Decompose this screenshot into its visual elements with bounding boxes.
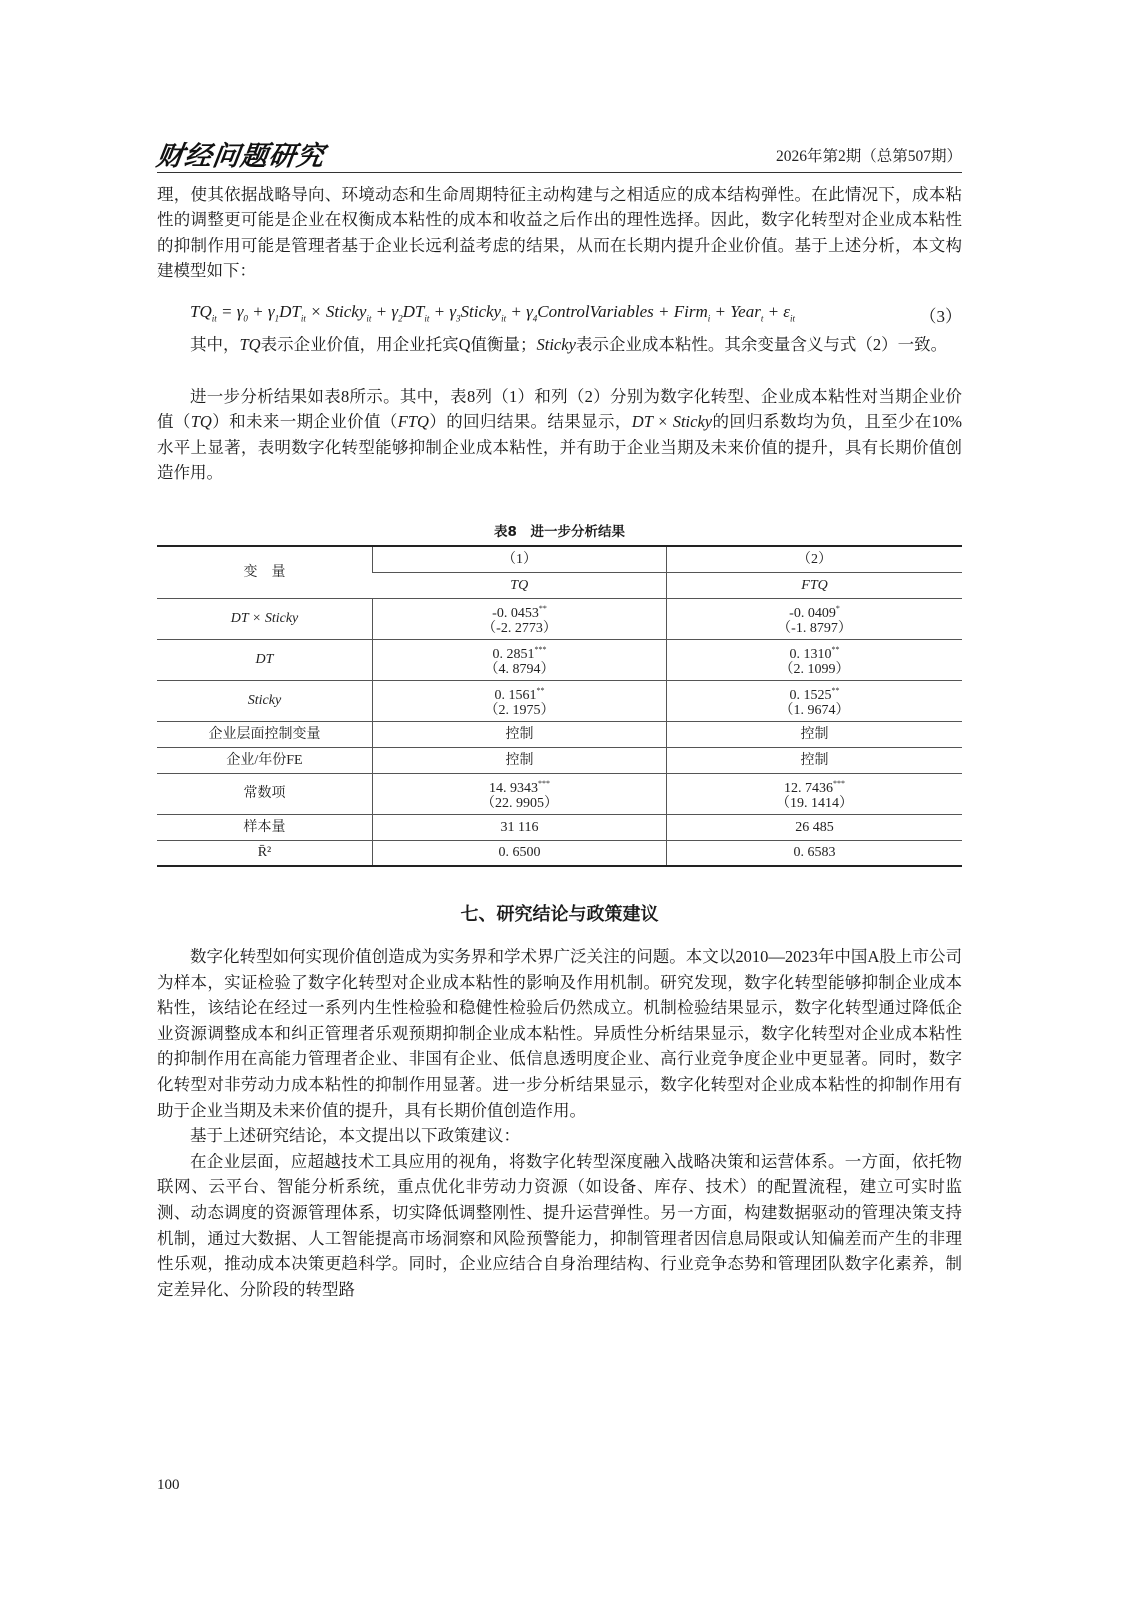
- section-heading: 七、研究结论与政策建议: [157, 900, 962, 926]
- conclusion-paragraph: 数字化转型如何实现价值创造成为实务界和学术界广泛关注的问题。本文以2010—20…: [157, 944, 962, 1123]
- journal-page: 财经问题研究 2026年第2期（总第507期） 理，使其依据战略导向、环境动态和…: [0, 0, 1140, 1600]
- table-row: 企业层面控制变量 控制 控制: [157, 721, 962, 747]
- row-label: 企业层面控制变量: [157, 721, 373, 747]
- col-name-tq: TQ: [373, 572, 667, 598]
- intro-text: 理，使其依据战略导向、环境动态和生命周期特征主动构建与之相适应的成本结构弹性。在…: [157, 182, 962, 284]
- var-ftq: FTQ: [398, 412, 429, 431]
- page-header: 财经问题研究 2026年第2期（总第507期）: [157, 134, 962, 173]
- coef: 0. 1561: [495, 688, 537, 703]
- intro-paragraph: 理，使其依据战略导向、环境动态和生命周期特征主动构建与之相适应的成本结构弹性。在…: [157, 182, 962, 284]
- analysis-paragraph: 进一步分析结果如表8所示。其中，表8列（1）和列（2）分别为数字化转型、企业成本…: [157, 384, 962, 486]
- table-cell: 0. 6583: [667, 840, 963, 866]
- table-cell: 0. 1561**（2. 1975）: [373, 680, 667, 721]
- sig-stars: **: [539, 604, 547, 613]
- t-stat: （2. 1099）: [780, 662, 850, 677]
- t-stat: （22. 9905）: [481, 796, 558, 811]
- table-cell: 0. 2851***（4. 8794）: [373, 639, 667, 680]
- text-span: ）和未来一期企业价值（: [212, 412, 398, 431]
- sig-stars: ***: [833, 779, 845, 788]
- table-row: Sticky 0. 1561**（2. 1975） 0. 1525**（1. 9…: [157, 680, 962, 721]
- table-cell: 14. 9343***（22. 9905）: [373, 773, 667, 814]
- t-stat: （19. 1414）: [776, 796, 853, 811]
- row-label: 企业/年份FE: [157, 747, 373, 773]
- text-span: ）的回归结果。结果显示，: [429, 412, 632, 431]
- conclusion-body: 数字化转型如何实现价值创造成为实务界和学术界广泛关注的问题。本文以2010—20…: [157, 944, 962, 1302]
- table-cell: -0. 0409*（-1. 8797）: [667, 598, 963, 639]
- table-cell: 控制: [373, 721, 667, 747]
- equation-3: TQit = γ0 + γ1DTit × Stickyit + γ2DTit +…: [190, 302, 962, 323]
- t-stat: （-1. 8797）: [777, 621, 852, 636]
- coef: 0. 2851: [493, 647, 535, 662]
- var-dt-sticky: DT × Sticky: [632, 412, 712, 431]
- table-cell: 控制: [667, 721, 963, 747]
- equation-number: （3）: [920, 302, 963, 327]
- coef: 12. 7436: [784, 781, 833, 796]
- sig-stars: **: [832, 686, 840, 695]
- coef: 14. 9343: [489, 781, 538, 796]
- results-table: 变 量 （1） （2） TQ FTQ DT × Sticky -0. 0453*…: [157, 545, 962, 867]
- table-cell: 控制: [667, 747, 963, 773]
- t-stat: （4. 8794）: [485, 662, 555, 677]
- row-label: DT: [157, 639, 373, 680]
- coef: 0. 1525: [790, 688, 832, 703]
- table-cell: 26 485: [667, 814, 963, 840]
- table-cell: 31 116: [373, 814, 667, 840]
- coef: -0. 0409: [789, 606, 836, 621]
- t-stat: （1. 9674）: [780, 703, 850, 718]
- table-row: DT × Sticky -0. 0453**（-2. 2773） -0. 040…: [157, 598, 962, 639]
- sig-stars: *: [836, 604, 840, 613]
- text-span: 其中，: [190, 335, 240, 354]
- sig-stars: **: [537, 686, 545, 695]
- col-name-ftq: FTQ: [667, 572, 963, 598]
- table-title: 表8 进一步分析结果: [157, 520, 962, 540]
- t-stat: （-2. 2773）: [482, 621, 557, 636]
- table-cell: 12. 7436***（19. 1414）: [667, 773, 963, 814]
- table-cell: 0. 1525**（1. 9674）: [667, 680, 963, 721]
- var-sticky: Sticky: [537, 335, 576, 354]
- page-number: 100: [157, 1477, 180, 1494]
- table-row: 常数项 14. 9343***（22. 9905） 12. 7436***（19…: [157, 773, 962, 814]
- col-number-1: （1）: [373, 546, 667, 572]
- table-header-row: 变 量 （1） （2）: [157, 546, 962, 572]
- explain-paragraph: 其中，TQ表示企业价值，用企业托宾Q值衡量；Sticky表示企业成本粘性。其余变…: [157, 332, 962, 357]
- journal-logo: 财经问题研究: [154, 134, 327, 173]
- table-cell: 0. 1310**（2. 1099）: [667, 639, 963, 680]
- policy-intro-paragraph: 基于上述研究结论，本文提出以下政策建议：: [157, 1123, 962, 1149]
- sig-stars: **: [832, 645, 840, 654]
- equation-body: TQit = γ0 + γ1DTit × Stickyit + γ2DTit +…: [190, 302, 795, 321]
- row-label: R̄²: [157, 840, 373, 866]
- var-header: 变 量: [157, 546, 373, 598]
- table-cell: 0. 6500: [373, 840, 667, 866]
- table-cell: -0. 0453**（-2. 2773）: [373, 598, 667, 639]
- col-number-2: （2）: [667, 546, 963, 572]
- text-span: 表示企业成本粘性。其余变量含义与式（2）一致。: [576, 335, 947, 354]
- var-tq: TQ: [240, 335, 261, 354]
- row-label: 样本量: [157, 814, 373, 840]
- row-label: DT × Sticky: [157, 598, 373, 639]
- row-label: Sticky: [157, 680, 373, 721]
- coef: 0. 1310: [790, 647, 832, 662]
- table-row: R̄² 0. 6500 0. 6583: [157, 840, 962, 866]
- row-label: 常数项: [157, 773, 373, 814]
- t-stat: （2. 1975）: [485, 703, 555, 718]
- table-cell: 控制: [373, 747, 667, 773]
- var-tq: TQ: [191, 412, 212, 431]
- table-row: 样本量 31 116 26 485: [157, 814, 962, 840]
- issue-info: 2026年第2期（总第507期）: [776, 144, 962, 166]
- sig-stars: ***: [535, 645, 547, 654]
- table-row: 企业/年份FE 控制 控制: [157, 747, 962, 773]
- policy-paragraph: 在企业层面，应超越技术工具应用的视角，将数字化转型深度融入战略决策和运营体系。一…: [157, 1149, 962, 1303]
- text-span: 表示企业价值，用企业托宾Q值衡量；: [261, 335, 537, 354]
- sig-stars: ***: [538, 779, 550, 788]
- coef: -0. 0453: [492, 606, 539, 621]
- table-row: DT 0. 2851***（4. 8794） 0. 1310**（2. 1099…: [157, 639, 962, 680]
